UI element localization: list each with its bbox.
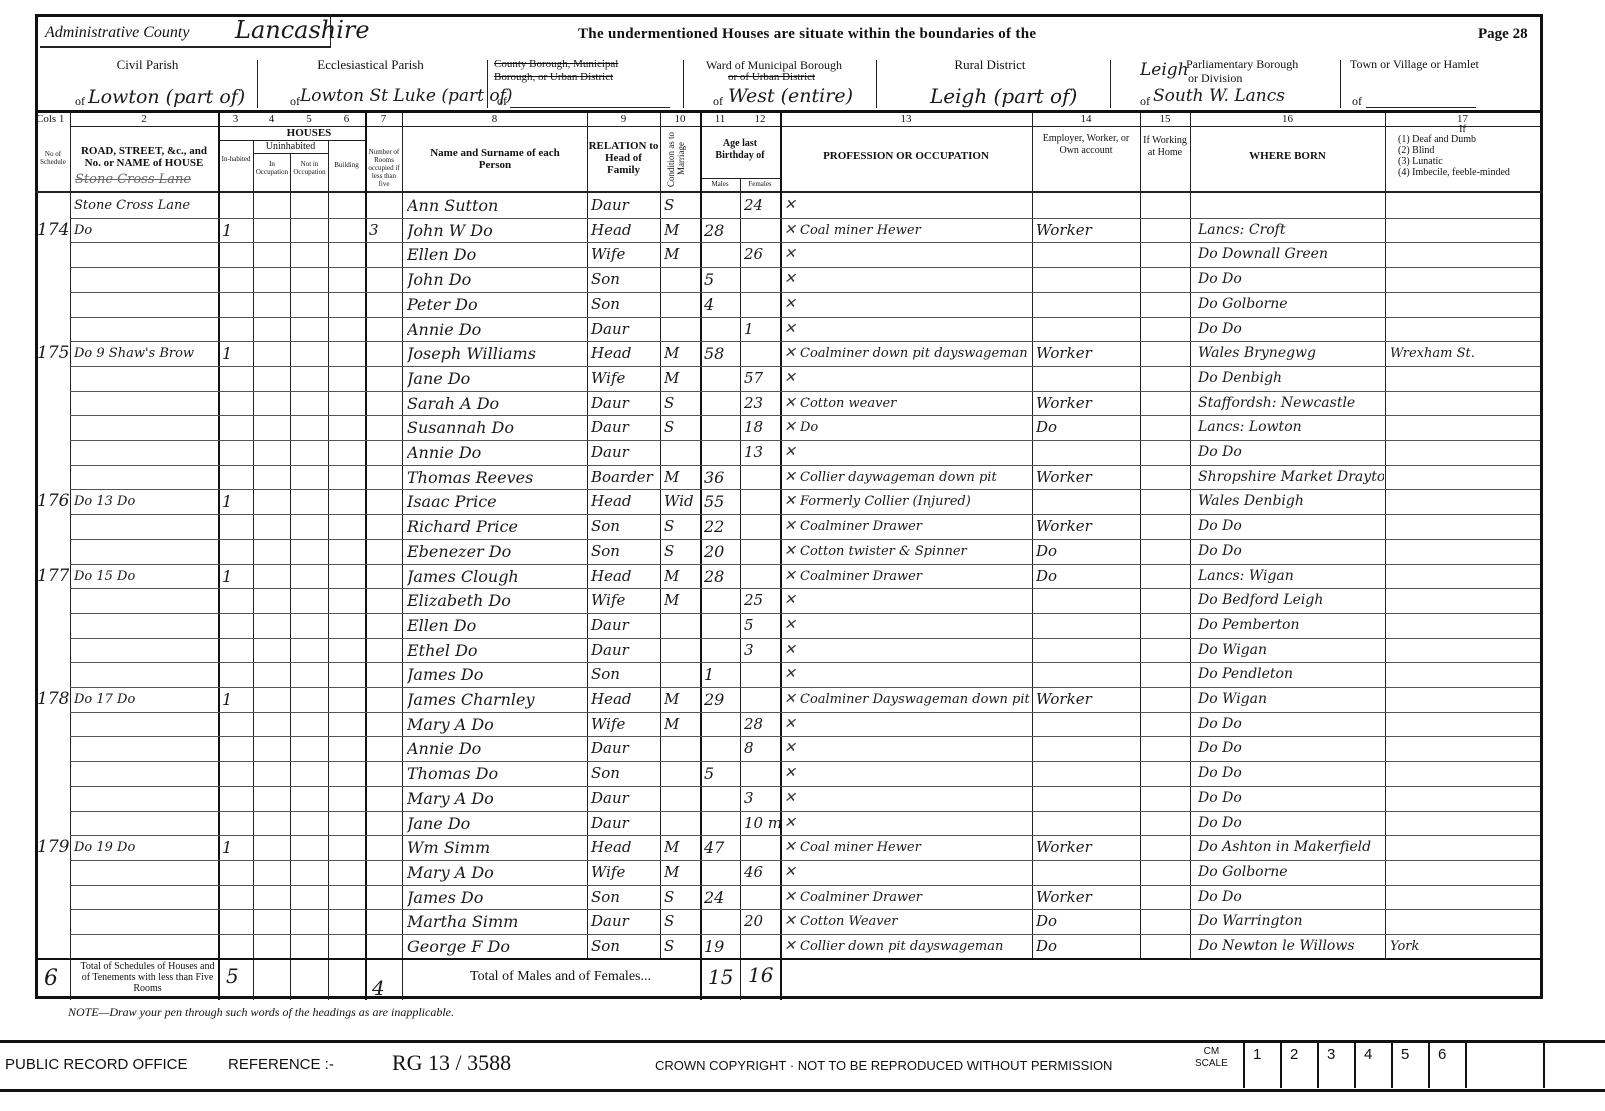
divider [330, 14, 331, 48]
cell-name: Ellen Do [407, 613, 585, 638]
cell-inhabited: 1 [222, 489, 252, 514]
cross-check-icon: ✕ [784, 786, 796, 811]
cell-name: Mary A Do [407, 786, 585, 811]
cell-name: Martha Simm [407, 909, 585, 934]
cell-female-age: 8 [744, 736, 780, 761]
cross-check-icon: ✕ [784, 638, 796, 663]
cell-name: Richard Price [407, 514, 585, 539]
cell-schedule: 176 [37, 489, 69, 514]
cell-name: Ann Sutton [407, 193, 585, 218]
cross-check-icon: ✕ [784, 811, 796, 836]
of-label: of [1140, 94, 1150, 109]
cell-address: Do [74, 218, 216, 243]
cell-employer: Do [1036, 564, 1138, 589]
header-age: Age last Birthday of [704, 138, 776, 162]
cell-born: Lancs: Wigan [1198, 564, 1384, 589]
cell-relation: Daur [591, 415, 659, 440]
ward-value: West (entire) [728, 85, 853, 107]
cell-employer: Worker [1036, 687, 1138, 712]
cell-female-age: 10 mo [744, 811, 780, 836]
header-females: Females [740, 180, 780, 188]
cell-name: Ebenezer Do [407, 539, 585, 564]
cell-name: Peter Do [407, 292, 585, 317]
divider [487, 60, 488, 108]
cell-condition: M [664, 341, 698, 366]
cell-condition: S [664, 391, 698, 416]
cell-schedule: 177 [37, 564, 69, 589]
cell-condition: M [664, 687, 698, 712]
cell-born: Do Golborne [1198, 860, 1384, 885]
admin-county-value: Lancashire [235, 16, 335, 44]
cell-condition: S [664, 539, 698, 564]
cell-employer: Do [1036, 415, 1138, 440]
header-uninhabited: Uninhabited [253, 141, 328, 152]
cell-occupation: Coal miner Hewer [800, 218, 1030, 243]
cell-female-age: 13 [744, 440, 780, 465]
cell-employer: Do [1036, 934, 1138, 959]
cell-address: Do 9 Shaw's Brow [74, 341, 216, 366]
cell-relation: Head [591, 341, 659, 366]
infirmity-option-3: (3) Lunatic [1398, 156, 1510, 167]
cell-born: Do Do [1198, 539, 1384, 564]
header-building: Building [328, 161, 365, 169]
cell-female-age: 23 [744, 391, 780, 416]
of-label: of [497, 94, 507, 109]
county-borough-blank [510, 107, 670, 108]
cell-male-age: 36 [704, 465, 738, 490]
cell-born: Do Do [1198, 712, 1384, 737]
cross-check-icon: ✕ [784, 366, 796, 391]
admin-county-label: Administrative County [45, 24, 189, 42]
cross-check-icon: ✕ [784, 465, 796, 490]
cell-relation: Daur [591, 440, 659, 465]
cell-employer: Worker [1036, 514, 1138, 539]
header-where-born: WHERE BORN [1190, 150, 1385, 162]
cell-occupation: Coalminer Drawer [800, 564, 1030, 589]
cell-inhabited: 1 [222, 218, 252, 243]
cell-name: George F Do [407, 934, 585, 959]
intro-text: The undermentioned Houses are situate wi… [578, 26, 1036, 43]
cell-male-age: 4 [704, 292, 738, 317]
cell-relation: Head [591, 218, 659, 243]
cell-born: Do Pendleton [1198, 662, 1384, 687]
col-number-13: 13 [780, 113, 1032, 125]
page-number: Page 28 [1478, 26, 1528, 43]
cell-female-age: 25 [744, 588, 780, 613]
cell-name: Mary A Do [407, 860, 585, 885]
header-infirmity-list: (1) Deaf and Dumb (2) Blind (3) Lunatic … [1398, 134, 1510, 178]
cell-relation: Daur [591, 391, 659, 416]
cell-born: Do Do [1198, 786, 1384, 811]
cell-born: Do Ashton in Makerfield [1198, 835, 1384, 860]
cell-occupation: Coalminer Drawer [800, 885, 1030, 910]
cell-male-age: 55 [704, 489, 738, 514]
cell-employer: Worker [1036, 341, 1138, 366]
divider [1340, 60, 1341, 108]
cell-born: Do Warrington [1198, 909, 1384, 934]
header-males: Males [700, 180, 740, 188]
cell-name: Wm Simm [407, 835, 585, 860]
cell-born: Lancs: Lowton [1198, 415, 1384, 440]
footer-copyright: CROWN COPYRIGHT · NOT TO BE REPRODUCED W… [655, 1058, 1112, 1073]
cell-occupation: Coalminer Drawer [800, 514, 1030, 539]
header-employer: Employer, Worker, or Own account [1034, 133, 1138, 157]
scale-mark-4: 4 [1354, 1042, 1391, 1088]
cell-born: Do Do [1198, 267, 1384, 292]
cell-employer: Do [1036, 539, 1138, 564]
parl-borough-prefix: Leigh [1140, 60, 1189, 80]
cross-check-icon: ✕ [784, 292, 796, 317]
cell-name: James Do [407, 662, 585, 687]
cell-occupation: Cotton twister & Spinner [800, 539, 1030, 564]
cell-condition: M [664, 218, 698, 243]
cell-condition: M [664, 835, 698, 860]
total-persons-label: Total of Males and of Females... [470, 969, 651, 985]
cell-address: Do 19 Do [74, 835, 216, 860]
infirmity-option-1: (1) Deaf and Dumb [1398, 134, 1510, 145]
cell-occupation: Coal miner Hewer [800, 835, 1030, 860]
cell-occupation: Cotton weaver [800, 391, 1030, 416]
scale-mark-end [1465, 1042, 1545, 1088]
cell-condition: M [664, 242, 698, 267]
parl-borough-label-2: or Division [1188, 71, 1242, 86]
scale-label-cm: CM [1195, 1046, 1228, 1058]
total-males: 15 [708, 965, 733, 989]
cell-condition: Wid [664, 489, 698, 514]
header-inhabited: In-habited [219, 155, 253, 163]
eccl-parish-value: Lowton St Luke (part of) [300, 86, 513, 106]
cell-schedule: 178 [37, 687, 69, 712]
struck-address: Stone Cross Lane [75, 172, 191, 187]
cross-check-icon: ✕ [784, 218, 796, 243]
cell-relation: Head [591, 835, 659, 860]
cell-male-age: 20 [704, 539, 738, 564]
scale-mark-2: 2 [1280, 1042, 1317, 1088]
cross-check-icon: ✕ [784, 317, 796, 342]
cell-condition: S [664, 415, 698, 440]
cell-relation: Daur [591, 786, 659, 811]
cell-female-age: 5 [744, 613, 780, 638]
cell-relation: Daur [591, 193, 659, 218]
col-number-15: 15 [1140, 113, 1190, 125]
cell-born: Wales Brynegwg [1198, 341, 1384, 366]
cell-born: Do Pemberton [1198, 613, 1384, 638]
cell-relation: Head [591, 564, 659, 589]
cell-name: Thomas Reeves [407, 465, 585, 490]
cross-check-icon: ✕ [784, 736, 796, 761]
cell-born: Do Do [1198, 514, 1384, 539]
cell-male-age: 19 [704, 934, 738, 959]
cell-infirmity: Wrexham St. [1390, 341, 1538, 366]
cell-condition: S [664, 885, 698, 910]
cell-condition: S [664, 193, 698, 218]
cell-relation: Wife [591, 860, 659, 885]
cell-female-age: 18 [744, 415, 780, 440]
town-label: Town or Village or Hamlet [1350, 57, 1479, 72]
cell-relation: Wife [591, 712, 659, 737]
total-rooms: 4 [372, 976, 385, 1000]
cell-relation: Son [591, 267, 659, 292]
cell-employer: Worker [1036, 465, 1138, 490]
rural-district-value: Leigh (part of) [930, 84, 1077, 108]
cell-name: Ellen Do [407, 242, 585, 267]
infirmity-option-2: (2) Blind [1398, 145, 1510, 156]
cross-check-icon: ✕ [784, 514, 796, 539]
scale-mark-1: 1 [1243, 1042, 1280, 1088]
cell-born: Shropshire Market Drayton [1198, 465, 1384, 490]
cell-born: Do Do [1198, 885, 1384, 910]
parl-borough-label-1: Parliamentary Borough [1186, 57, 1298, 72]
cross-check-icon: ✕ [784, 613, 796, 638]
civil-parish-value: Lowton (part of) [88, 86, 245, 108]
col-number-7: 7 [365, 113, 402, 125]
cell-female-age: 20 [744, 909, 780, 934]
cell-born: Do Wigan [1198, 687, 1384, 712]
total-inhabited: 5 [226, 964, 239, 988]
cell-condition: S [664, 934, 698, 959]
cell-relation: Daur [591, 909, 659, 934]
cross-check-icon: ✕ [784, 835, 796, 860]
parl-borough-value: South W. Lancs [1153, 86, 1285, 106]
cell-born: Do Do [1198, 440, 1384, 465]
scale-mark-6: 6 [1428, 1042, 1465, 1088]
cell-rooms: 3 [369, 218, 401, 243]
total-schedules: 6 [44, 966, 58, 991]
footer-reference: RG 13 / 3588 [392, 1050, 511, 1076]
col-number-5: 5 [290, 113, 328, 125]
cell-name: Thomas Do [407, 761, 585, 786]
cell-name: Sarah A Do [407, 391, 585, 416]
cell-occupation: Collier down pit dayswageman [800, 934, 1030, 959]
cell-infirmity: York [1390, 934, 1538, 959]
of-label: of [1352, 94, 1362, 109]
cell-employer: Worker [1036, 391, 1138, 416]
rural-district-label: Rural District [880, 57, 1100, 73]
cell-relation: Daur [591, 811, 659, 836]
cell-inhabited: 1 [222, 564, 252, 589]
cell-address: Do 13 Do [74, 489, 216, 514]
cell-name: Elizabeth Do [407, 588, 585, 613]
cell-male-age: 22 [704, 514, 738, 539]
cell-schedule: 179 [37, 835, 69, 860]
cell-name: Annie Do [407, 317, 585, 342]
scale-label-scale: SCALE [1195, 1058, 1228, 1070]
cell-occupation: Cotton Weaver [800, 909, 1030, 934]
cell-male-age: 58 [704, 341, 738, 366]
cell-relation: Daur [591, 613, 659, 638]
divider [40, 46, 330, 48]
header-relation: RELATION to Head of Family [588, 140, 659, 176]
cell-born: Do Wigan [1198, 638, 1384, 663]
cell-address: Do 17 Do [74, 687, 216, 712]
scale-mark-3: 3 [1317, 1042, 1354, 1088]
col-number-12: 12 [740, 113, 780, 125]
cell-female-age: 26 [744, 242, 780, 267]
cell-female-age: 24 [744, 193, 780, 218]
cell-name: James Charnley [407, 687, 585, 712]
cross-check-icon: ✕ [784, 539, 796, 564]
cross-check-icon: ✕ [784, 761, 796, 786]
header-address: ROAD, STREET, &c., and No. or NAME of HO… [72, 145, 216, 169]
cell-relation: Wife [591, 366, 659, 391]
of-label: of [290, 94, 300, 109]
cross-check-icon: ✕ [784, 885, 796, 910]
cell-born: Do Newton le Willows [1198, 934, 1384, 959]
cross-check-icon: ✕ [784, 440, 796, 465]
cell-male-age: 28 [704, 218, 738, 243]
cell-relation: Son [591, 514, 659, 539]
cell-name: Annie Do [407, 736, 585, 761]
cell-relation: Boarder [591, 465, 659, 490]
cell-male-age: 1 [704, 662, 738, 687]
cell-relation: Son [591, 761, 659, 786]
cell-male-age: 5 [704, 267, 738, 292]
totals-divider [35, 958, 1543, 960]
cell-born: Lancs: Croft [1198, 218, 1384, 243]
cell-male-age: 29 [704, 687, 738, 712]
cell-born: Do Downall Green [1198, 242, 1384, 267]
cell-condition: S [664, 909, 698, 934]
cell-inhabited: 1 [222, 687, 252, 712]
cross-check-icon: ✕ [784, 391, 796, 416]
cell-employer: Do [1036, 909, 1138, 934]
of-label: of [713, 94, 723, 109]
cell-born: Wales Denbigh [1198, 489, 1384, 514]
cell-employer: Worker [1036, 835, 1138, 860]
header-in-occupation: In Occupation [254, 160, 290, 176]
cell-condition: S [664, 514, 698, 539]
cross-check-icon: ✕ [784, 712, 796, 737]
col-number-9: 9 [587, 113, 660, 125]
footer-reference-label: REFERENCE :- [228, 1056, 334, 1073]
cell-condition: M [664, 712, 698, 737]
cell-inhabited: 1 [222, 341, 252, 366]
cross-check-icon: ✕ [784, 934, 796, 959]
cell-born: Do Do [1198, 811, 1384, 836]
cell-relation: Wife [591, 242, 659, 267]
cell-address: Do 15 Do [74, 564, 216, 589]
cell-relation: Son [591, 934, 659, 959]
cross-check-icon: ✕ [784, 193, 796, 218]
cell-name: James Clough [407, 564, 585, 589]
cross-check-icon: ✕ [784, 687, 796, 712]
cell-name: John W Do [407, 218, 585, 243]
cell-condition: M [664, 860, 698, 885]
cell-name: Joseph Williams [407, 341, 585, 366]
town-blank [1366, 107, 1476, 108]
header-name: Name and Surname of each Person [420, 147, 570, 171]
header-working-home: If Working at Home [1142, 135, 1188, 159]
total-schedules-label: Total of Schedules of Houses and of Tene… [80, 961, 215, 994]
footer-office: PUBLIC RECORD OFFICE [5, 1056, 188, 1073]
col-number-14: 14 [1032, 113, 1140, 125]
cell-schedule: 174 [37, 218, 69, 243]
of-label: of [75, 94, 85, 109]
header-schedule: No of Schedule [36, 150, 70, 166]
county-borough-label-2: Borough, or Urban District [494, 71, 613, 83]
cell-name: James Do [407, 885, 585, 910]
cell-born: Do Do [1198, 736, 1384, 761]
cell-female-age: 3 [744, 638, 780, 663]
cell-condition: M [664, 588, 698, 613]
col-number-4: 4 [253, 113, 290, 125]
cell-female-age: 28 [744, 712, 780, 737]
cross-check-icon: ✕ [784, 662, 796, 687]
cell-relation: Head [591, 489, 659, 514]
cell-occupation: Do [800, 415, 1030, 440]
cell-born: Do Denbigh [1198, 366, 1384, 391]
cell-employer: Worker [1036, 885, 1138, 910]
header-condition: Condition as to Marriage [666, 130, 686, 188]
cross-check-icon: ✕ [784, 564, 796, 589]
cross-check-icon: ✕ [784, 267, 796, 292]
cell-born: Do Bedford Leigh [1198, 588, 1384, 613]
col-number-3: 3 [218, 113, 253, 125]
cell-female-age: 57 [744, 366, 780, 391]
scale-mark-5: 5 [1391, 1042, 1428, 1088]
infirmity-option-4: (4) Imbecile, feeble-minded [1398, 167, 1510, 178]
divider [876, 60, 877, 108]
cell-born: Staffordsh: Newcastle [1198, 391, 1384, 416]
cell-relation: Son [591, 292, 659, 317]
cell-schedule: 175 [37, 341, 69, 366]
cell-name: Jane Do [407, 366, 585, 391]
cell-name: Susannah Do [407, 415, 585, 440]
cell-born: Do Do [1198, 317, 1384, 342]
cell-born: Do Golborne [1198, 292, 1384, 317]
cell-female-age: 3 [744, 786, 780, 811]
cross-check-icon: ✕ [784, 860, 796, 885]
total-females: 16 [748, 963, 773, 987]
cell-male-age: 28 [704, 564, 738, 589]
col-number-11: 11 [700, 113, 740, 125]
cell-name: Ethel Do [407, 638, 585, 663]
cross-check-icon: ✕ [784, 341, 796, 366]
cross-check-icon: ✕ [784, 489, 796, 514]
ward-label-2: or of Urban District [728, 71, 815, 83]
note-text: NOTE—Draw your pen through such words of… [68, 1005, 454, 1020]
divider [1110, 60, 1111, 108]
cell-condition: M [664, 366, 698, 391]
col-number-16: 16 [1190, 113, 1385, 125]
cell-occupation: Coalminer down pit dayswageman [800, 341, 1030, 366]
cell-relation: Son [591, 885, 659, 910]
cross-check-icon: ✕ [784, 588, 796, 613]
cell-born: Do Do [1198, 761, 1384, 786]
cell-employer: Worker [1036, 218, 1138, 243]
cell-male-age: 47 [704, 835, 738, 860]
col-number-2: 2 [70, 113, 218, 125]
footer-scale-label: CM SCALE [1195, 1046, 1228, 1070]
cross-check-icon: ✕ [784, 415, 796, 440]
cell-name: Mary A Do [407, 712, 585, 737]
cell-inhabited: 1 [222, 835, 252, 860]
header-houses: HOUSES [253, 127, 365, 139]
cell-name: Isaac Price [407, 489, 585, 514]
cell-relation: Daur [591, 317, 659, 342]
cell-relation: Son [591, 539, 659, 564]
header-occupation: PROFESSION OR OCCUPATION [780, 150, 1032, 162]
cell-name: Annie Do [407, 440, 585, 465]
county-borough-label-1: County Borough, Municipal [494, 58, 618, 70]
cell-relation: Daur [591, 638, 659, 663]
cell-female-age: 46 [744, 860, 780, 885]
cell-occupation: Collier daywageman down pit [800, 465, 1030, 490]
cell-male-age: 5 [704, 761, 738, 786]
cell-name: Jane Do [407, 811, 585, 836]
cell-male-age: 24 [704, 885, 738, 910]
cell-occupation: Coalminer Dayswageman down pit [800, 687, 1030, 712]
